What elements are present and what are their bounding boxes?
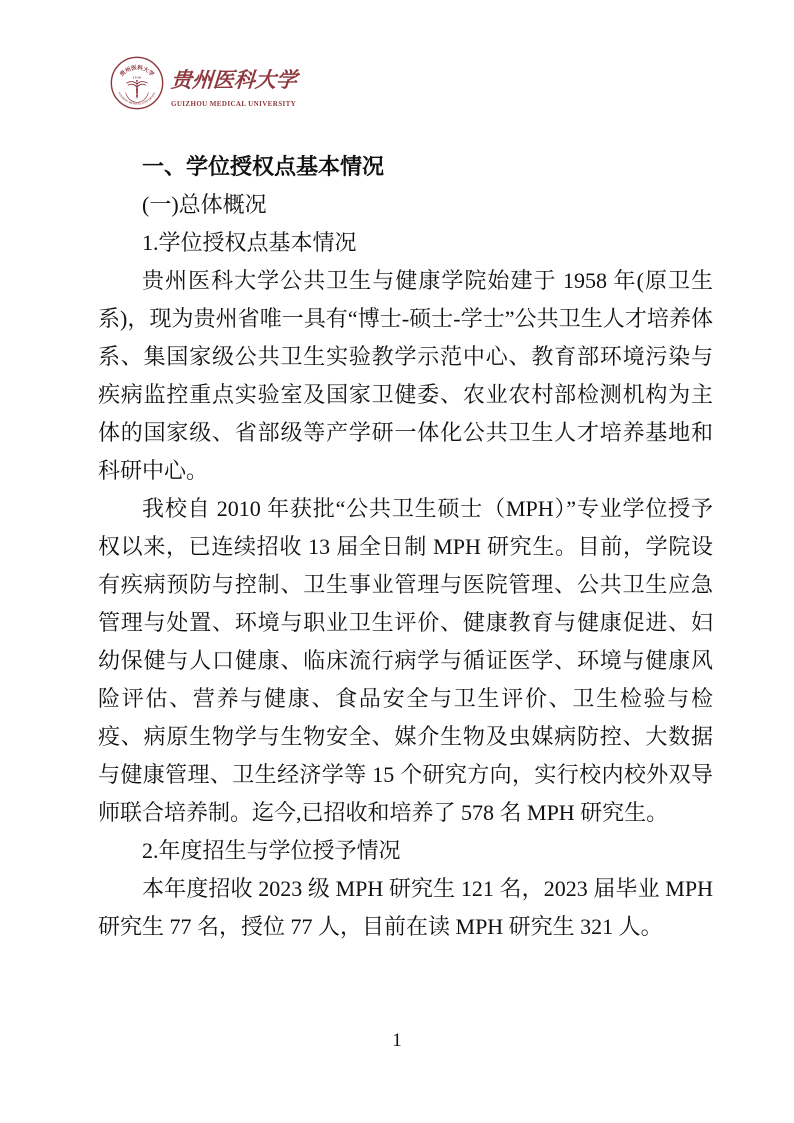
paragraph-mph-program: 我校自 2010 年获批“公共卫生硕士（MPH）”专业学位授予权以来，已连续招收…: [98, 490, 713, 832]
university-wordmark: 贵州医科大学 GUIZHOU MEDICAL UNIVERSITY: [171, 65, 297, 108]
item-heading-enrollment: 2.年度招生与学位授予情况: [98, 832, 713, 870]
caduceus-icon: [126, 80, 149, 103]
paragraph-history: 贵州医科大学公共卫生与健康学院始建于 1958 年(原卫生系)，现为贵州省唯一具…: [98, 262, 713, 490]
university-name-chinese: 贵州医科大学: [170, 65, 298, 95]
university-logo: 贵州医科大学 1938 GUIZHOU MEDICAL UNIVERSITY 贵…: [110, 56, 297, 110]
paragraph-enrollment-stats: 本年度招收 2023 级 MPH 研究生 121 名，2023 届毕业 MPH …: [98, 870, 713, 946]
university-seal-icon: 贵州医科大学 1938 GUIZHOU MEDICAL UNIVERSITY: [110, 56, 164, 110]
section-heading: 一、学位授权点基本情况: [98, 148, 713, 186]
university-name-english: GUIZHOU MEDICAL UNIVERSITY: [171, 100, 297, 108]
subsection-heading: (一)总体概况: [98, 186, 713, 224]
document-body: 一、学位授权点基本情况 (一)总体概况 1.学位授权点基本情况 贵州医科大学公共…: [98, 148, 713, 946]
document-page: 贵州医科大学 1938 GUIZHOU MEDICAL UNIVERSITY 贵…: [0, 0, 794, 1123]
item-heading-basic-info: 1.学位授权点基本情况: [98, 224, 713, 262]
page-number: 1: [0, 1028, 794, 1054]
seal-year-text: 1938: [133, 76, 142, 80]
